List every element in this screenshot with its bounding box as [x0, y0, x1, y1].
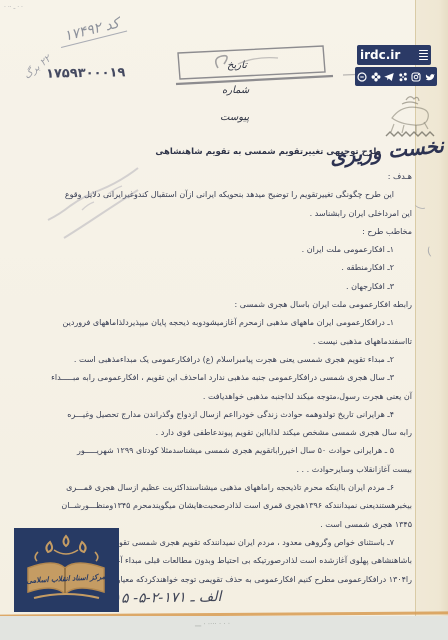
document-line: رابه سال هجری شمسی مشخص میکند لذابااین ت… — [33, 424, 412, 442]
document-stack-icon — [419, 50, 428, 61]
document-line: ۶ـ مردم ایران بااینکه محرم تاذیحجه راماه… — [33, 479, 412, 497]
document-line: بیخبرهستندیعنی نمیدانندکه ۱۳۹۶هجری قمری … — [33, 497, 412, 515]
document-line: بیست آغازانقلاب وسایرحوادث . . . — [33, 461, 412, 479]
aparat-icon — [397, 71, 409, 83]
instagram-icon — [410, 71, 422, 83]
diagonal-handwriting-stamp — [38, 150, 168, 250]
telegram-icon — [383, 71, 395, 83]
corner-pencil-marks: · ·· ـ · · — [4, 4, 23, 11]
scanned-page: · ·· ـ · · کد ۱۷۴۹۲ ۲۲ برگ ۱۷۵۹۳۰۰۰۱۹ تا… — [0, 0, 448, 617]
document-line: ۱ـ درافکارعمومی ایران ماههای مذهبی ازمحر… — [33, 314, 412, 332]
document-line: ۳ـ افکارجهان . — [33, 278, 412, 296]
irdc-social-bar — [355, 67, 437, 86]
irdc-watermark: irdc.ir — [355, 45, 437, 86]
stamped-registry-number: ۱۷۵۹۳۰۰۰۱۹ — [46, 65, 126, 81]
scanned-document-image: { "meta": { "scan_code": "کد ۱۷۴۹۲", "sh… — [0, 0, 448, 640]
document-line: ۲ـ مبداء تقویم هجری شمسی یعنی هجرت پیامب… — [33, 351, 412, 369]
twitter-icon — [424, 71, 436, 83]
document-line: رابطه افکارعمومی ملت ایران باسال هجری شم… — [33, 296, 412, 314]
document-line: تااسفندماههای مذهبی نیست . — [33, 333, 412, 351]
document-line: ۲ـ افکارمنطقه . — [33, 259, 412, 277]
handwritten-scan-code: کد ۱۷۴۹۲ — [57, 14, 127, 48]
document-line: ۳ـ سال هجری شمسی درافکارعمومی جنبه مذهبی… — [33, 369, 412, 387]
document-line: ۵ ـ هرایرانی حوادث ۵۰ سال اخیرراباتقویم … — [33, 442, 412, 460]
archive-center-emblem: مرکز اسناد انقلاب اسلامی — [14, 528, 119, 612]
attachment-field-label: پیوست — [220, 112, 249, 123]
document-line: آن یعنی هجرت رسول،متوجه میکند لذاجنبه مذ… — [33, 388, 412, 406]
bale-icon — [370, 71, 382, 83]
irdc-site-bar: irdc.ir — [357, 45, 431, 65]
archive-center-logo: مرکز اسناد انقلاب اسلامی — [14, 528, 119, 612]
handwritten-archive-ref: الف ـ ۱۷۱-۲-۵- ۴۱۵ — [106, 589, 222, 607]
eitaa-icon — [356, 71, 368, 83]
document-title: طرح توجیهی تغییرتقویم شمسی به تقویم شاهن… — [181, 147, 381, 157]
document-line: ۴ـ هرایرانی تاریخ تولدوهمه حوادث زندگی خ… — [33, 406, 412, 424]
irdc-site-text: irdc.ir — [360, 48, 400, 62]
